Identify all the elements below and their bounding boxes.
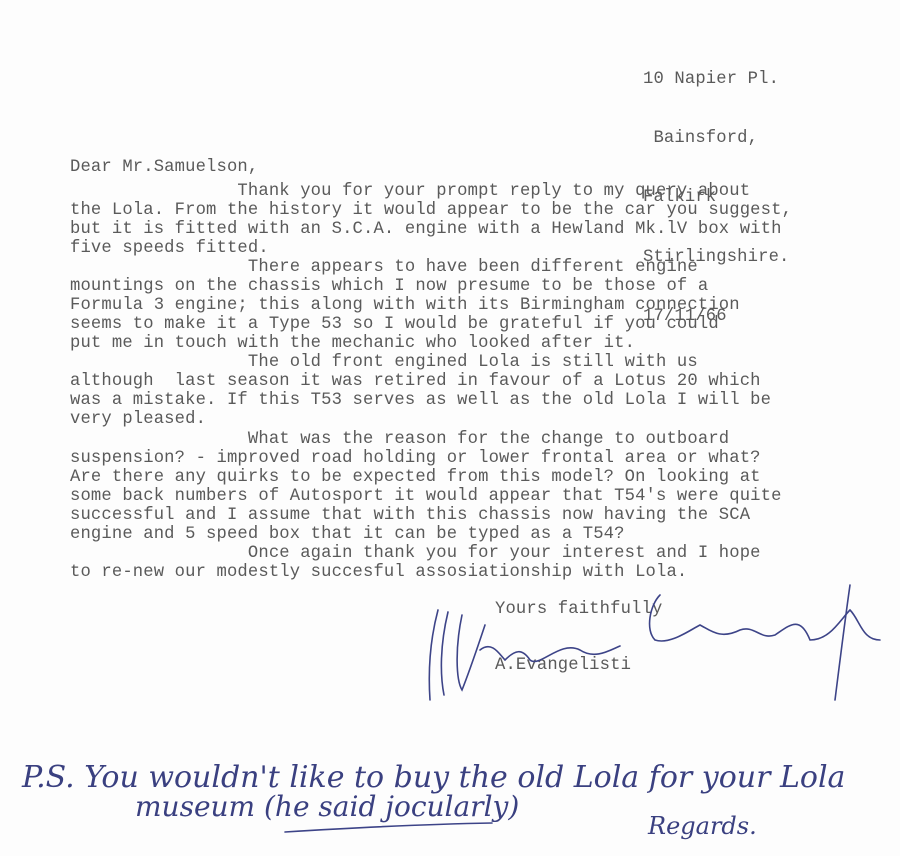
- postscript-regards: Regards.: [648, 812, 757, 840]
- postscript-line-2: museum (he said jocularly): [135, 790, 519, 823]
- signature-strokes: [0, 0, 900, 856]
